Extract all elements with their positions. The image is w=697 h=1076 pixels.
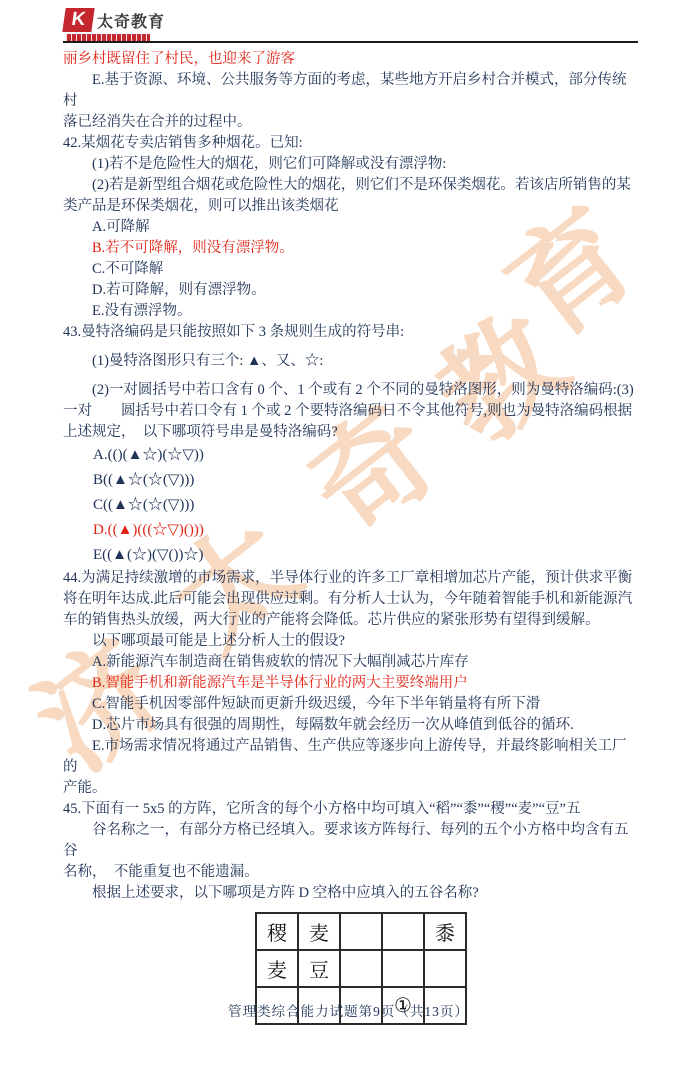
- logo-row: K 太奇教育: [64, 8, 165, 32]
- grid-cell: [382, 913, 424, 950]
- text-line: 42.某烟花专卖店销售多种烟花。已知:: [63, 133, 639, 154]
- text-line: E.基于资源、环境、公共服务等方面的考虑，某些地方开启乡村合并模式，部分传统村: [63, 70, 639, 112]
- text-line: A.(()(▲☆)(☆▽)): [63, 443, 639, 468]
- page-footer: 管理类综合能力试题第9页（共13页）: [0, 1000, 697, 1020]
- text-line: 车的销售热头放缓，两大行业的产能将会降低。芯片供应的紧张形势有望得到缓解。: [63, 610, 639, 631]
- text-line: 45.下面有一 5x5 的方阵，它所含的每个小方格中均可填入“稻”“黍”“稷”“…: [63, 799, 639, 820]
- grid-cell: [382, 950, 424, 987]
- text-line: E((▲(☆)(▽())☆): [63, 543, 639, 568]
- answer-line: 丽乡村既留住了村民，也迎来了游客: [63, 49, 639, 70]
- text-line: D.若可降解，则有漂浮物。: [63, 280, 639, 301]
- text-line: 类产品是环保类烟花，则可以推出该类烟花: [63, 196, 639, 217]
- grid-cell: 麦: [298, 913, 340, 950]
- exam-text-lines: 丽乡村既留住了村民，也迎来了游客 E.基于资源、环境、公共服务等方面的考虑，某些…: [63, 49, 639, 904]
- grid-cell: 麦: [256, 950, 298, 987]
- answer-line: D.((▲)(((☆▽)())): [63, 518, 639, 543]
- logo-title: 太奇教育: [97, 9, 165, 32]
- taiqi-logo: K 太奇教育: [64, 8, 165, 42]
- text-line: (1)曼特洛图形只有三个: ▲、又、☆:: [63, 351, 639, 372]
- grid-cell: 豆: [298, 950, 340, 987]
- grid-row: 麦豆: [256, 950, 466, 987]
- text-line: (2)若是新型组合烟花或危险性大的烟花，则它们不是环保类烟花。若该店所销售的某: [63, 175, 639, 196]
- text-line: 44.为满足持续激增的市场需求，半导体行业的许多工厂章相增加芯片产能，预计供求平…: [63, 568, 639, 589]
- text-line: 上述规定， 以下哪项符号串是曼特洛编码?: [63, 422, 639, 443]
- exam-content: 丽乡村既留住了村民，也迎来了游客 E.基于资源、环境、公共服务等方面的考虑，某些…: [63, 49, 639, 1025]
- text-line: C.不可降解: [63, 259, 639, 280]
- taiqi-logo-mark-icon: K: [62, 8, 94, 32]
- grid-cell: [340, 913, 382, 950]
- text-line: 以下哪项最可能是上述分析人士的假设?: [63, 631, 639, 652]
- text-line: E.没有漂浮物。: [63, 301, 639, 322]
- text-line: E.市场需求情况将通过产品销售、生产供应等逐步向上游传导，并最终影响相关工厂的: [63, 736, 639, 778]
- grid-cell: 黍: [424, 913, 466, 950]
- exam-document-page: 济太奇教育 K 太奇教育 丽乡村既留住了村民，也迎来了游客 E.基于资源、环境、…: [0, 0, 697, 1076]
- text-line: 落已经消失在合并的过程中。: [63, 112, 639, 133]
- text-line: 谷名称之一，有部分方格已经填入。要求该方阵每行、每列的五个小方格中均含有五谷: [63, 820, 639, 862]
- answer-line: B.若不可降解，则没有漂浮物。: [63, 238, 639, 259]
- text-line: 产能。: [63, 778, 639, 799]
- text-line: B((▲☆(☆(▽))): [63, 468, 639, 493]
- text-line: 根据上述要求，以下哪项是方阵 D 空格中应填入的五谷名称?: [63, 883, 639, 904]
- text-line: (2)一对圆括号中若口含有 0 个、1 个或有 2 个不同的曼特洛图形，则为曼特…: [63, 380, 639, 401]
- header-divider: [63, 41, 638, 43]
- text-line: C((▲☆(☆(▽))): [63, 493, 639, 518]
- text-line: A.可降解: [63, 217, 639, 238]
- grid-cell: 稷: [256, 913, 298, 950]
- text-line: 43.曼特洛编码是只能按照如下 3 条规则生成的符号串:: [63, 322, 639, 343]
- answer-line: B.智能手机和新能源汽车是半导体行业的两大主要终端用户: [63, 673, 639, 694]
- text-line: C.智能手机因零部件短缺而更新升级迟缓，今年下半年销量将有所下滑: [63, 694, 639, 715]
- grid-row: 稷麦黍: [256, 913, 466, 950]
- grid-cell: [340, 950, 382, 987]
- text-line: (1)若不是危险性大的烟花，则它们可降解或没有漂浮物:: [63, 154, 639, 175]
- text-line: 将在明年达成.此后可能会出现供应过剩。有分析人士认为，今年随着智能手机和新能源汽: [63, 589, 639, 610]
- text-line: A.新能源汽车制造商在销售疲软的情况下大幅削减芯片库存: [63, 652, 639, 673]
- grid-cell: [424, 950, 466, 987]
- text-line: 一对 圆括号中若口令有 1 个或 2 个要特洛编码日不令其他符号,则也为曼特洛编…: [63, 401, 639, 422]
- text-line: D.芯片市场具有很强的周期性，每隔数年就会经历一次从峰值到低谷的循环.: [63, 715, 639, 736]
- text-line: 名称， 不能重复也不能遗漏。: [63, 862, 639, 883]
